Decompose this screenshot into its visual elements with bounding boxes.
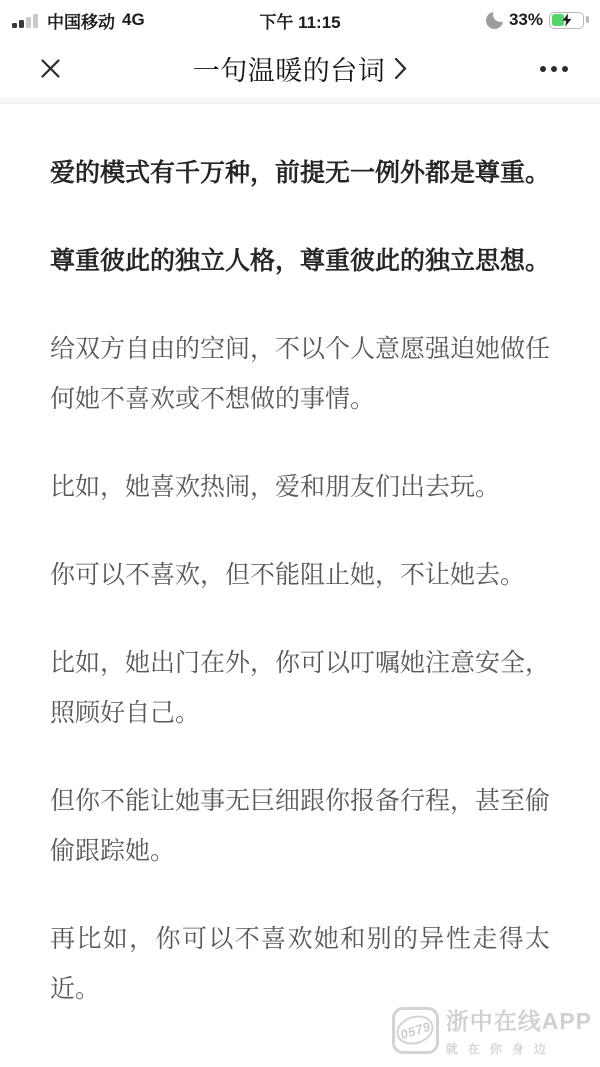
more-dot [540,66,546,72]
signal-bar-2 [19,20,24,28]
article-title-row[interactable]: 一句温暖的台词 [0,49,600,88]
more-dot [562,66,568,72]
article-paragraph: 爱的模式有千万种，前提无一例外都是尊重。 [50,148,550,198]
carrier-label: 中国移动 [47,8,115,33]
status-bar-left: 中国移动 4G [12,8,145,33]
clock: 下午 11:15 [259,8,340,33]
phone-screen: { "status_bar": { "carrier": "中国移动", "ne… [0,0,600,1067]
chevron-right-icon [394,57,407,80]
close-button[interactable] [30,49,70,89]
status-bar: 中国移动 4G 下午 11:15 33% [0,0,600,40]
app-logo-icon: 0579 [392,1007,439,1054]
battery-percent-label: 33% [509,10,543,30]
article-paragraph: 尊重彼此的独立人格，尊重彼此的独立思想。 [50,236,550,286]
watermark-app-name: 浙中在线APP [446,1003,592,1036]
article-paragraph: 比如，她出门在外，你可以叮嘱她注意安全，照顾好自己。 [50,638,550,738]
signal-bar-4 [33,14,38,28]
article-paragraph: 你可以不喜欢，但不能阻止她，不让她去。 [50,550,550,600]
battery-charging-icon [549,12,584,29]
watermark-text: 浙中在线APP 就在你身边 [446,1003,592,1057]
network-type-label: 4G [122,10,145,30]
watermark-slogan: 就在你身边 [446,1040,592,1057]
more-dot [551,66,557,72]
article-paragraph: 但你不能让她事无巨细跟你报备行程，甚至偷偷跟踪她。 [50,776,550,876]
do-not-disturb-moon-icon [486,12,503,29]
signal-bar-1 [12,23,17,28]
app-logo-number: 0579 [398,1018,432,1042]
more-menu-button[interactable] [538,56,570,82]
close-icon [37,55,64,82]
status-bar-right: 33% [486,10,588,30]
article-paragraph: 比如，她喜欢热闹，爱和朋友们出去玩。 [50,462,550,512]
article-content: 爱的模式有千万种，前提无一例外都是尊重。 尊重彼此的独立人格，尊重彼此的独立思想… [0,103,600,1014]
nav-bar: 一句温暖的台词 [0,40,600,103]
signal-bar-3 [26,17,31,28]
page-title: 一句温暖的台词 [193,49,386,88]
article-paragraph: 给双方自由的空间，不以个人意愿强迫她做任何她不喜欢或不想做的事情。 [50,324,550,424]
charging-bolt-icon [561,14,572,27]
article-paragraph: 再比如，你可以不喜欢她和别的异性走得太近。 [50,914,550,1014]
watermark: 0579 浙中在线APP 就在你身边 [392,1003,592,1057]
cellular-signal-icon [12,13,38,28]
